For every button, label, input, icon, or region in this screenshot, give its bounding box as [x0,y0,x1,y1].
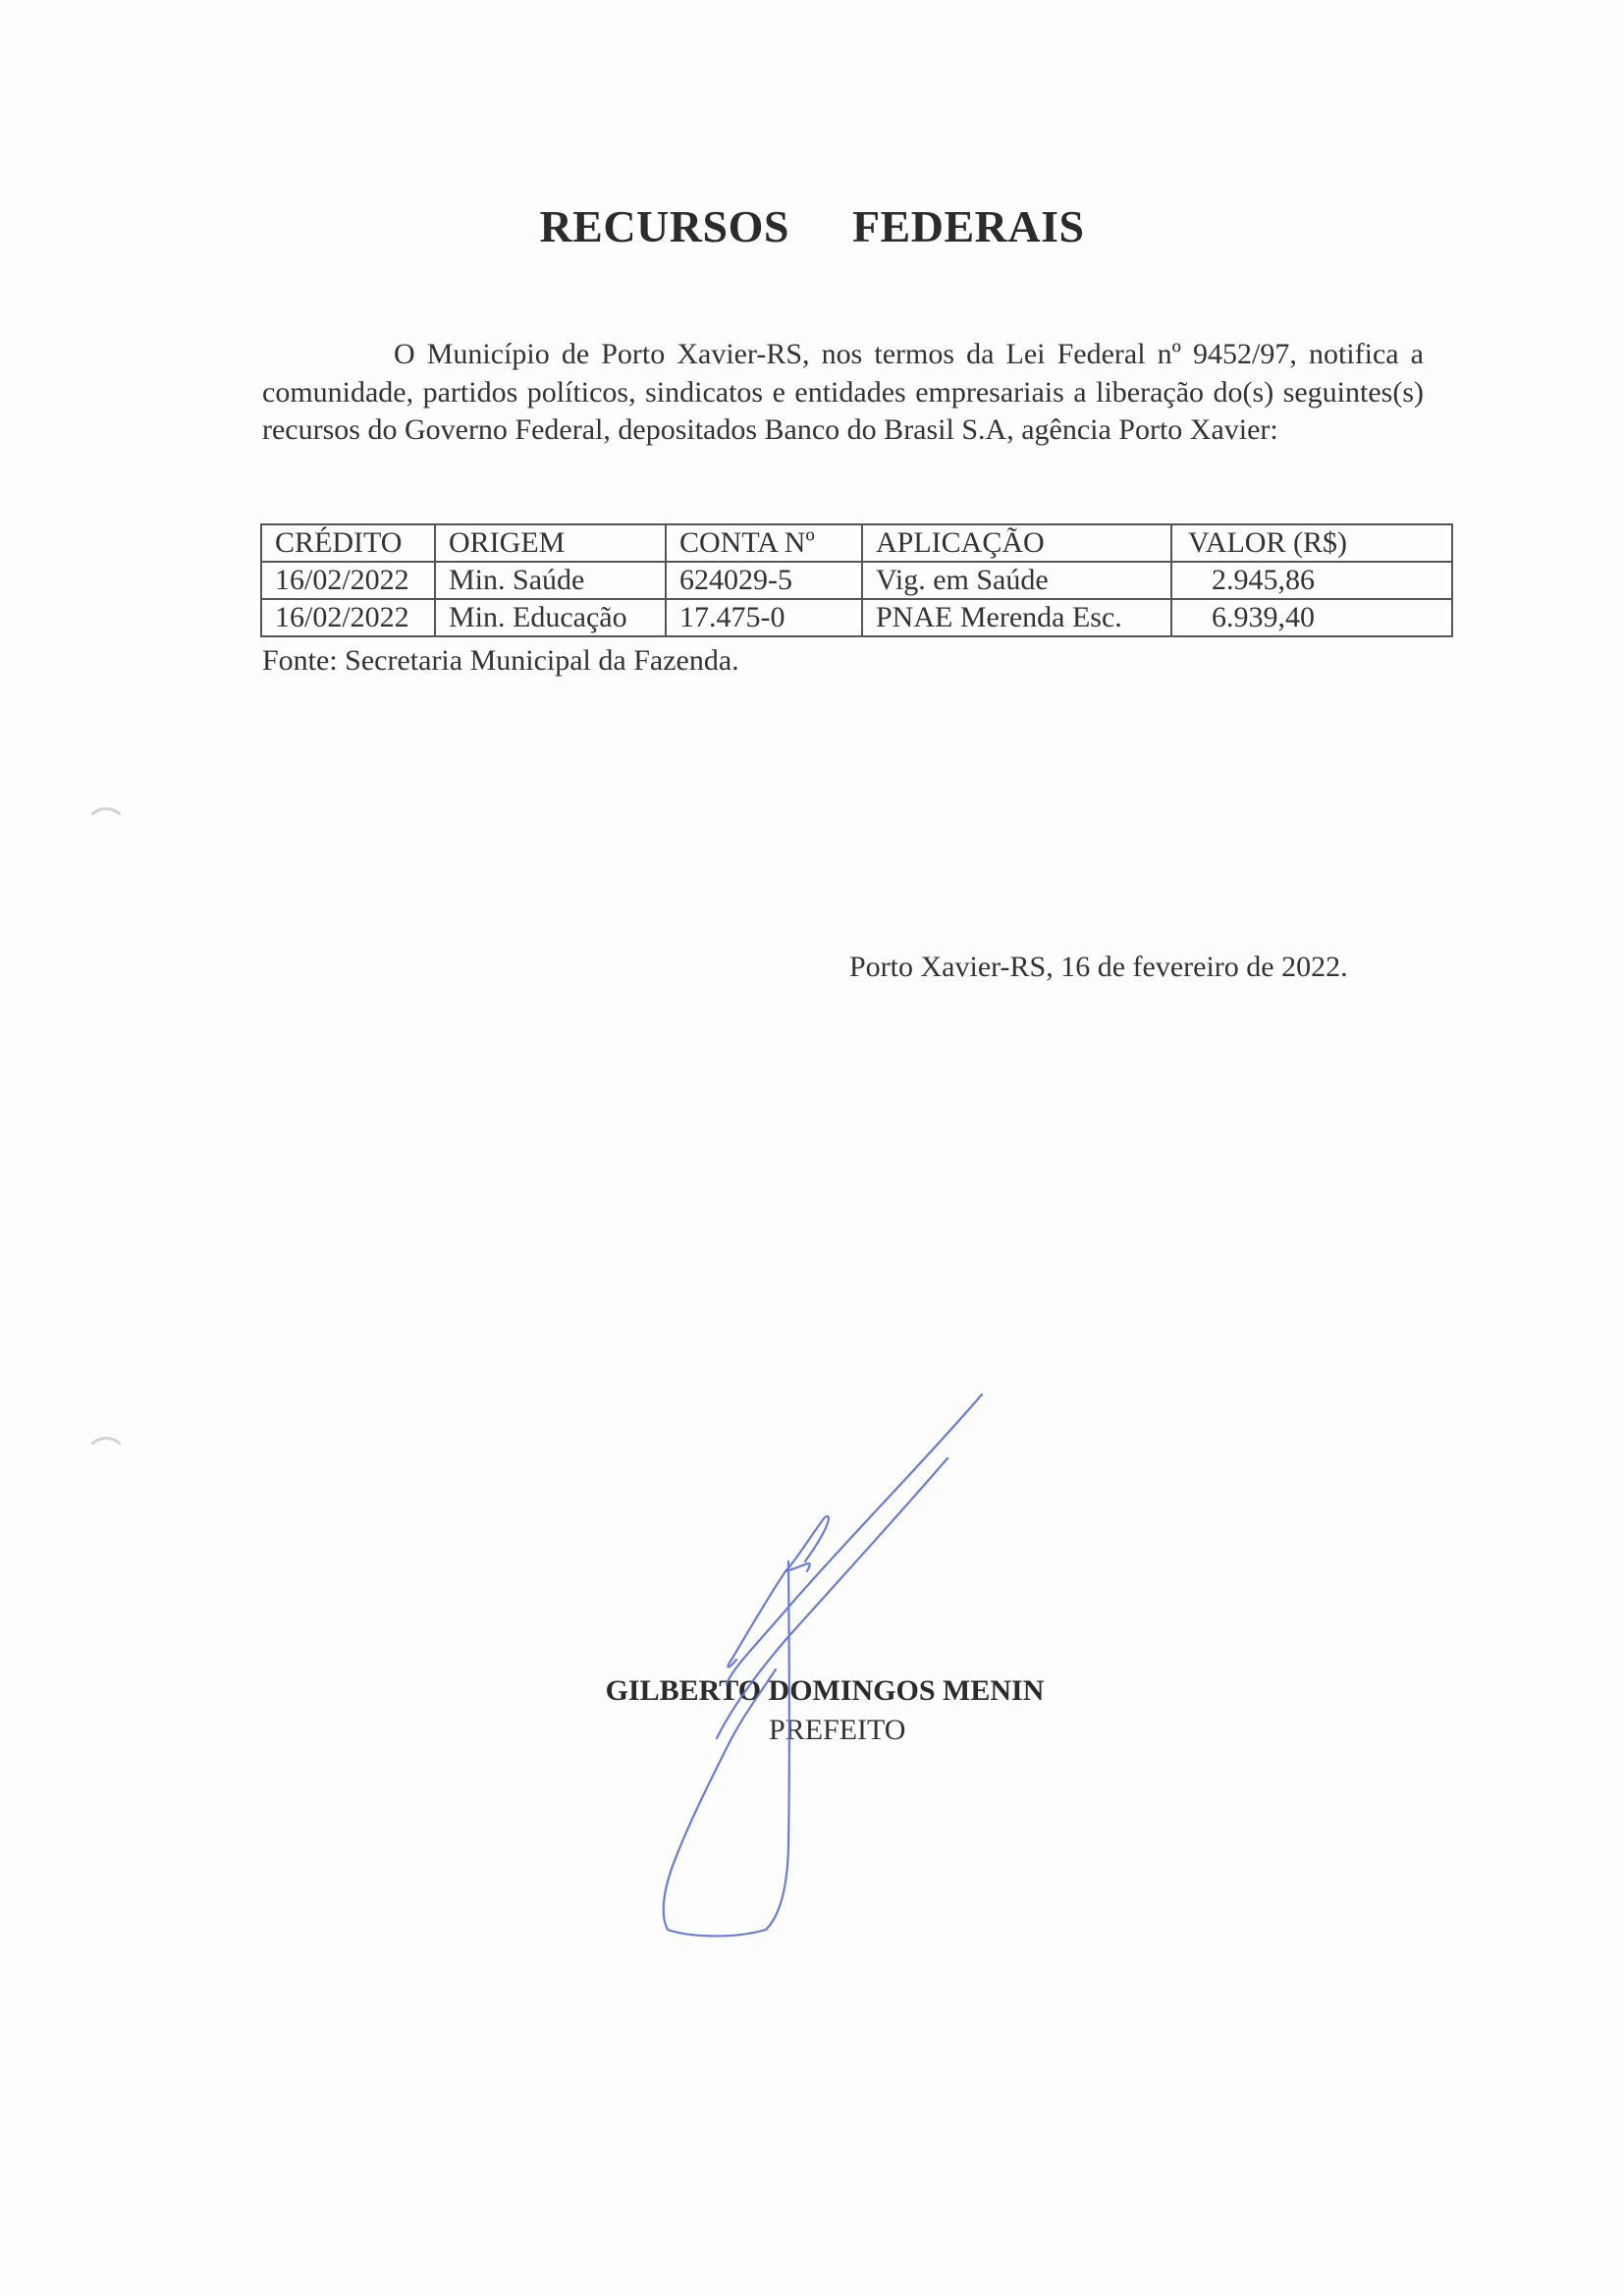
cell-valor: 6.939,40 [1171,599,1452,636]
resources-table: CRÉDITO ORIGEM CONTA Nº APLICAÇÃO VALOR … [260,523,1453,637]
header-aplicacao: APLICAÇÃO [862,524,1171,562]
cell-conta: 17.475-0 [666,599,862,636]
cell-aplicacao: PNAE Merenda Esc. [862,599,1171,636]
cell-conta: 624029-5 [666,562,862,599]
signatory-role: PREFEITO [769,1714,905,1747]
cell-origem: Min. Educação [435,599,666,636]
table-row: 16/02/2022 Min. Educação 17.475-0 PNAE M… [261,599,1452,636]
header-origem: ORIGEM [435,524,666,562]
table-header-row: CRÉDITO ORIGEM CONTA Nº APLICAÇÃO VALOR … [261,524,1452,562]
signatory-name: GILBERTO DOMINGOS MENIN [0,1674,1624,1708]
header-conta: CONTA Nº [666,524,862,562]
cell-valor: 2.945,86 [1171,562,1452,599]
resources-table-container: CRÉDITO ORIGEM CONTA Nº APLICAÇÃO VALOR … [260,523,1453,637]
hole-punch-mark [84,1437,128,1480]
cell-credito: 16/02/2022 [261,599,435,636]
table-source-note: Fonte: Secretaria Municipal da Fazenda. [262,644,739,678]
title-word: RECURSOS [539,200,789,252]
header-valor: VALOR (R$) [1171,524,1452,562]
place-and-date: Porto Xavier-RS, 16 de fevereiro de 2022… [849,951,1348,984]
table-row: 16/02/2022 Min. Saúde 624029-5 Vig. em S… [261,562,1452,599]
hole-punch-mark [84,807,128,850]
header-credito: CRÉDITO [261,524,435,562]
cell-credito: 16/02/2022 [261,562,435,599]
document-page: RECURSOSFEDERAIS O Município de Porto Xa… [0,0,1624,2296]
title-word: FEDERAIS [852,200,1085,252]
intro-paragraph: O Município de Porto Xavier-RS, nos term… [262,336,1424,450]
document-title: RECURSOSFEDERAIS [0,200,1624,252]
cell-origem: Min. Saúde [435,562,666,599]
cell-aplicacao: Vig. em Saúde [862,562,1171,599]
